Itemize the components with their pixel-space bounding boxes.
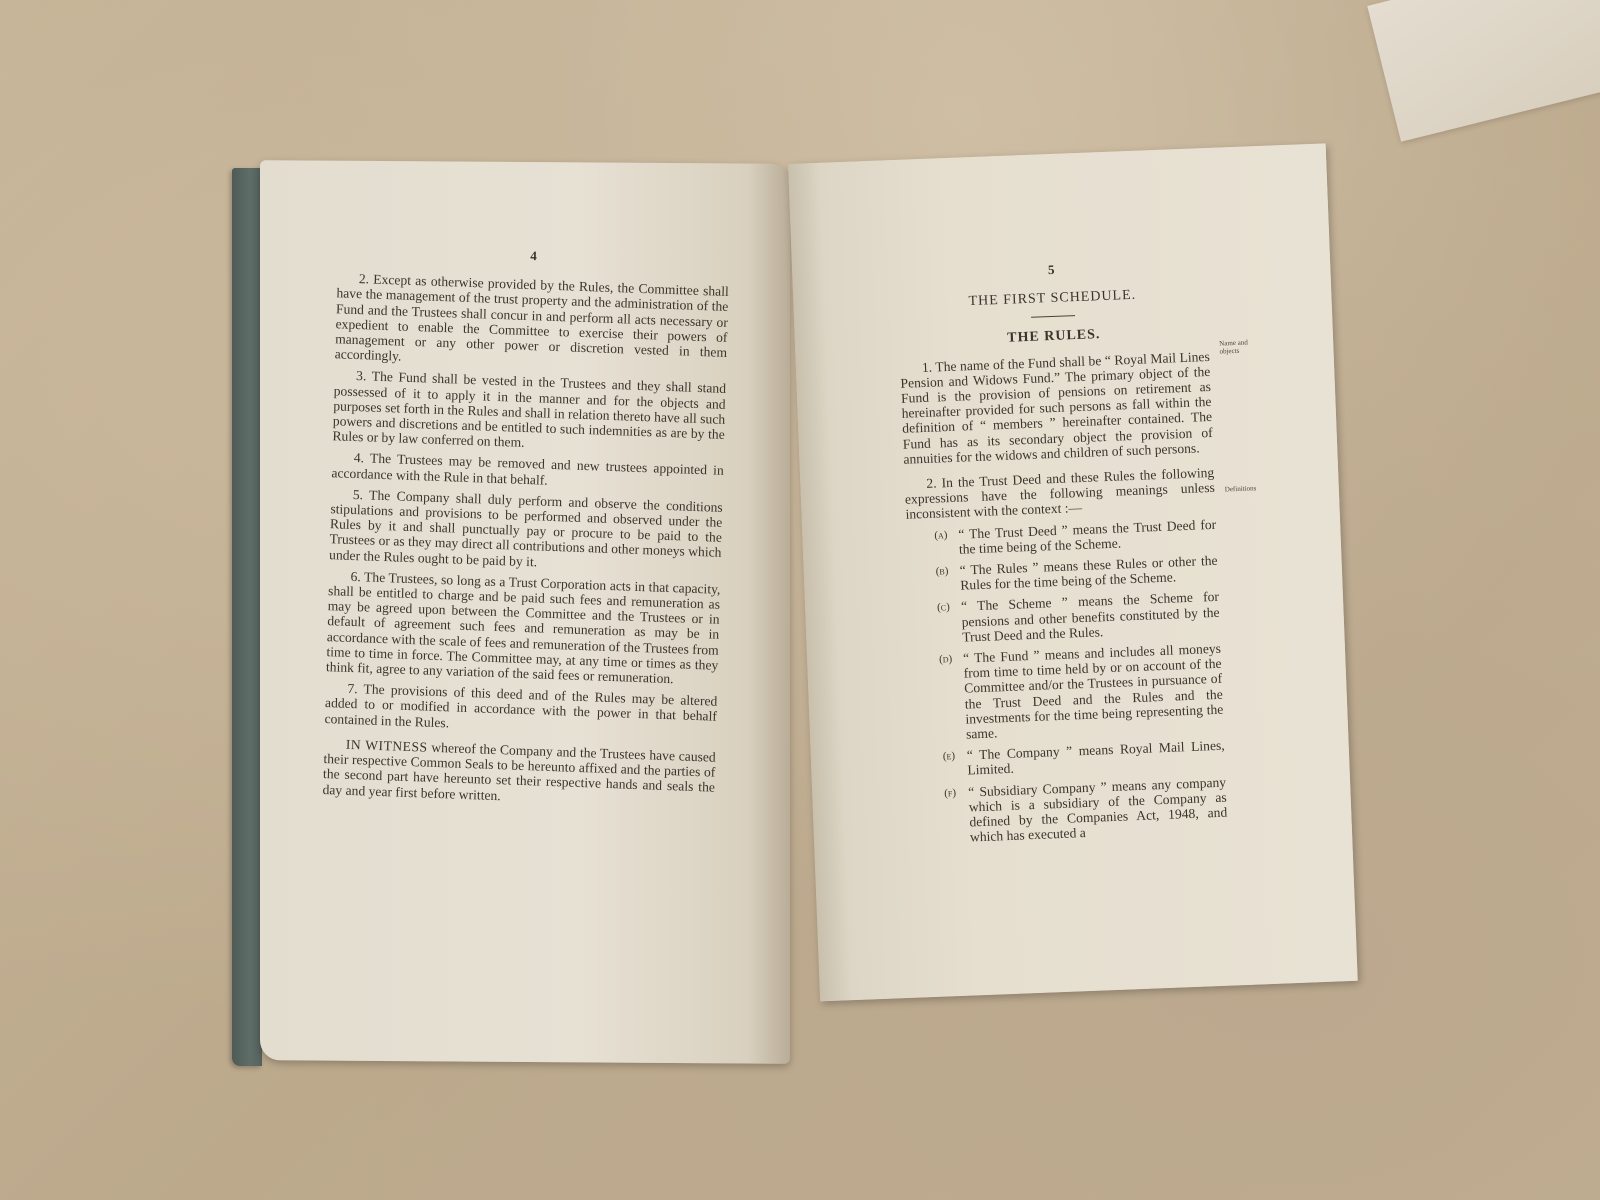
page-number-5: 5 (896, 256, 1206, 283)
margin-note-definitions: Definitions (1225, 484, 1269, 494)
definition-f: (f)“ Subsidiary Company ” means any comp… (944, 774, 1228, 846)
rule-1: 1. The name of the Fund shall be “ Royal… (900, 349, 1214, 467)
definition-label: (d) (939, 651, 966, 743)
definition-c: (c)“ The Scheme ” means the Scheme for p… (937, 589, 1221, 645)
right-page: 5 THE FIRST SCHEDULE. THE RULES. 1. The … (788, 143, 1358, 1001)
definition-label: (c) (937, 599, 963, 645)
right-page-text: 5 THE FIRST SCHEDULE. THE RULES. 1. The … (896, 256, 1228, 853)
definition-text: “ The Fund ” means and includes all mone… (963, 641, 1224, 742)
margin-note-name-and-objects: Name and objects (1219, 338, 1264, 356)
definition-label: (a) (934, 526, 959, 557)
clause-6: 6. The Trustees, so long as a Trust Corp… (326, 568, 721, 688)
definition-text: “ The Scheme ” means the Scheme for pens… (961, 589, 1221, 644)
left-page: 4 2. Except as otherwise provided by the… (260, 160, 790, 1064)
rules-title: THE RULES. (899, 323, 1209, 350)
definition-text: “ The Rules ” means these Rules or other… (959, 553, 1218, 593)
title-divider (1031, 315, 1075, 318)
definition-text: “ The Trust Deed ” means the Trust Deed … (958, 516, 1217, 556)
rule-2: 2. In the Trust Deed and these Rules the… (904, 465, 1216, 522)
definition-label: (f) (944, 784, 970, 846)
witness-clause: IN WITNESS whereof the Company and the T… (322, 736, 716, 810)
clause-5: 5. The Company shall duly perform and ob… (329, 486, 723, 576)
definition-label: (e) (943, 748, 968, 779)
booklet-cover-edge (232, 168, 262, 1066)
definition-e: (e)“ The Company ” means Royal Mail Line… (943, 738, 1226, 779)
left-page-text: 4 2. Except as otherwise provided by the… (322, 241, 730, 816)
definition-d: (d)“ The Fund ” means and includes all m… (939, 641, 1224, 743)
clause-7: 7. The provisions of this deed and of th… (324, 680, 717, 739)
clause-3: 3. The Fund shall be vested in the Trust… (332, 368, 726, 458)
definition-a: (a)“ The Trust Deed ” means the Trust De… (934, 516, 1217, 557)
schedule-title: THE FIRST SCHEDULE. (897, 285, 1207, 312)
page-number-4: 4 (337, 241, 729, 270)
clause-2: 2. Except as otherwise provided by the R… (335, 271, 729, 376)
definition-b: (b)“ The Rules ” means these Rules or ot… (935, 553, 1218, 594)
definition-label: (b) (935, 563, 960, 594)
definition-text: “ Subsidiary Company ” means any company… (968, 774, 1228, 845)
tissue-paper (1367, 0, 1600, 142)
definition-text: “ The Company ” means Royal Mail Lines, … (967, 738, 1226, 778)
